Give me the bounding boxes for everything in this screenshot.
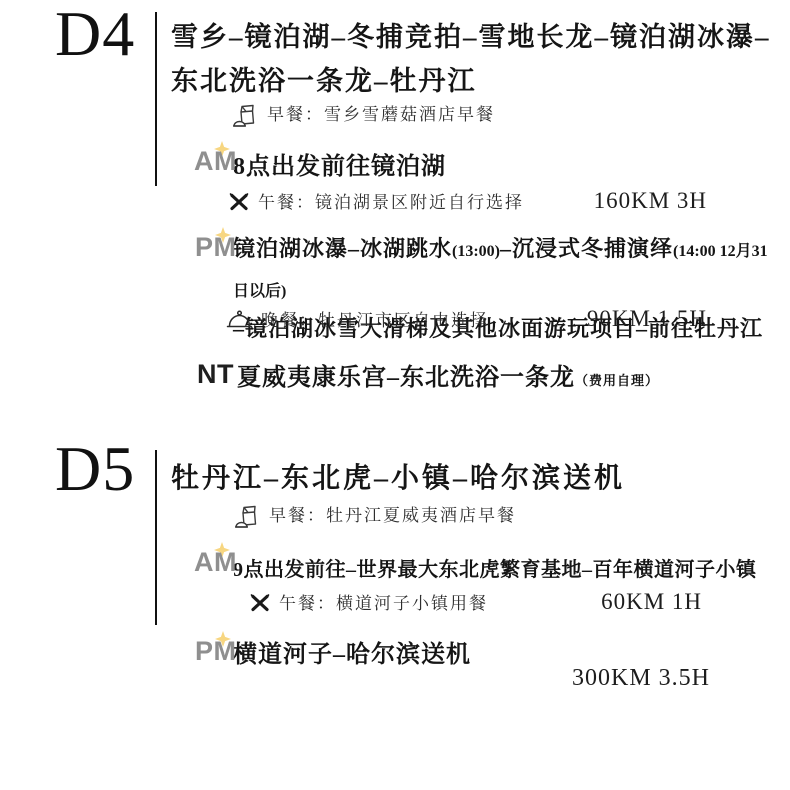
day-4-nt-note: （费用自理） bbox=[575, 373, 659, 388]
itinerary-page: D4 雪乡–镜泊湖–冬捕竞拍–雪地长龙–镜泊湖冰瀑– 东北洗浴一条龙–牡丹江 早… bbox=[0, 0, 790, 790]
day-5-lunch-text: 午餐：横道河子小镇用餐 bbox=[279, 592, 488, 616]
day-4-dinner-row: 晚餐：牡丹江市区自由选择 bbox=[226, 309, 489, 333]
day-5-pm-distance: 300KM 3.5H bbox=[520, 665, 710, 692]
day-5-pm-label: PM bbox=[195, 638, 237, 665]
day-4-pm-time1: (13:00) bbox=[452, 243, 500, 260]
day-5-am-activity: 9点出发前往–世界最大东北虎繁育基地–百年横道河子小镇 bbox=[233, 552, 757, 588]
day-5-am-label: AM bbox=[194, 549, 237, 576]
day-5-pm-activity: 横道河子–哈尔滨送机 bbox=[233, 637, 471, 673]
cloche-icon bbox=[226, 309, 253, 331]
day-5-title: 牡丹江–东北虎–小镇–哈尔滨送机 bbox=[171, 457, 625, 501]
day-4-nt-text: 夏威夷康乐宫–东北洗浴一条龙 bbox=[237, 365, 575, 391]
day-4-breakfast-row: 早餐：雪乡雪蘑菇酒店早餐 bbox=[231, 103, 495, 129]
day-4-am-activity: 8点出发前往镜泊湖 bbox=[233, 149, 446, 185]
day-4-label: D4 bbox=[55, 2, 135, 66]
day-4-lunch-row: 午餐：镜泊湖景区附近自行选择 bbox=[228, 191, 524, 215]
day-5-lunch-row: 午餐：横道河子小镇用餐 bbox=[249, 592, 488, 616]
day-4-dinner-text: 晚餐：牡丹江市区自由选择 bbox=[261, 309, 489, 333]
crossed-utensils-icon bbox=[228, 191, 250, 213]
day-5-breakfast-row: 早餐：牡丹江夏威夷酒店早餐 bbox=[233, 504, 516, 530]
day-5-lunch-distance: 60KM 1H bbox=[512, 589, 702, 615]
day-4-breakfast-text: 早餐：雪乡雪蘑菇酒店早餐 bbox=[267, 103, 495, 127]
day-4-lunch-text: 午餐：镜泊湖景区附近自行选择 bbox=[258, 191, 524, 215]
day-5-label: D5 bbox=[55, 437, 135, 501]
crossed-utensils-icon bbox=[249, 592, 271, 614]
day-4-lunch-distance: 160KM 3H bbox=[517, 188, 707, 214]
day-4-dinner-distance: 90KM 1.5H bbox=[517, 306, 707, 332]
day-4-nt-activity: 夏威夷康乐宫–东北洗浴一条龙（费用自理） bbox=[237, 360, 659, 399]
day-4-pm-line1-main: 镜泊湖冰瀑–冰湖跳水 bbox=[233, 236, 452, 261]
day-5-breakfast-text: 早餐：牡丹江夏威夷酒店早餐 bbox=[269, 504, 516, 528]
milk-carton-icon bbox=[231, 103, 259, 129]
day-4-am-label: AM bbox=[194, 148, 237, 175]
day-4-pm-label: PM bbox=[195, 234, 237, 261]
day-4-pm-line1-main2: –沉浸式冬捕演绎 bbox=[500, 236, 673, 261]
day-4-nt-label: NT bbox=[197, 361, 234, 388]
day-4-divider bbox=[155, 12, 157, 186]
milk-carton-icon bbox=[233, 504, 261, 530]
day-5-divider bbox=[155, 450, 157, 625]
day-4-title: 雪乡–镜泊湖–冬捕竞拍–雪地长龙–镜泊湖冰瀑– 东北洗浴一条龙–牡丹江 bbox=[171, 15, 771, 103]
